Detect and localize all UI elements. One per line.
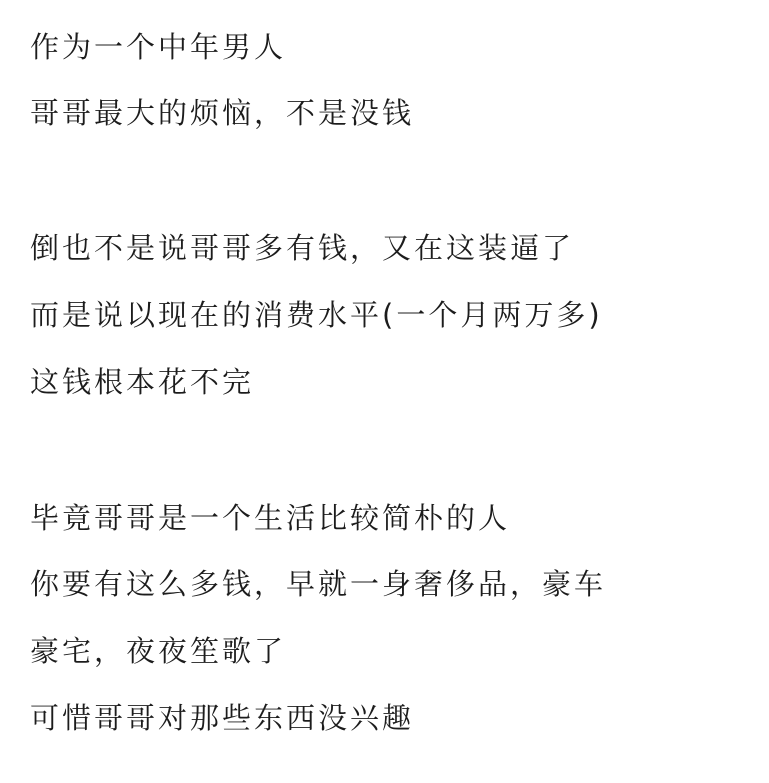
text-line: 豪宅，夜夜笙歌了 bbox=[30, 631, 286, 671]
text-line: 哥哥最大的烦恼，不是没钱 bbox=[30, 93, 414, 133]
text-line: 可惜哥哥对那些东西没兴趣 bbox=[30, 698, 414, 738]
text-line: 你要有这么多钱，早就一身奢侈品，豪车 bbox=[30, 564, 606, 604]
text-line: 毕竟哥哥是一个生活比较简朴的人 bbox=[30, 498, 510, 538]
text-line: 而是说以现在的消费水平(一个月两万多) bbox=[30, 295, 603, 335]
text-line: 倒也不是说哥哥多有钱，又在这装逼了 bbox=[30, 228, 574, 268]
text-line: 这钱根本花不完 bbox=[30, 362, 254, 402]
text-line: 作为一个中年男人 bbox=[30, 27, 286, 67]
text-document: 作为一个中年男人 哥哥最大的烦恼，不是没钱 倒也不是说哥哥多有钱，又在这装逼了 … bbox=[0, 0, 769, 783]
